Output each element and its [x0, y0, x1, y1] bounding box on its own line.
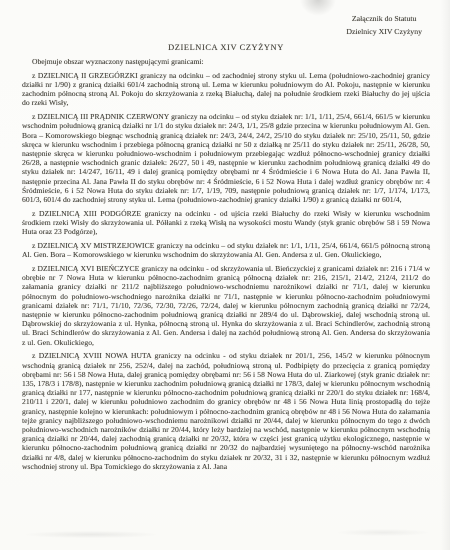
scan-artifact-right-edge [441, 0, 450, 550]
intro-sentence: Obejmuje obszar wyznaczony następującymi… [22, 57, 430, 66]
boundary-paragraph-podgorze: z DZIELNICĄ XIII PODGÓRZE graniczy na od… [22, 209, 430, 237]
annotation-line-2: Dzielnicy XIV Czyżyny [346, 25, 422, 38]
scan-artifact-bottom-left [26, 531, 156, 538]
boundary-paragraph-pradnik-czerwony: z DZIELNICĄ III PRĄDNIK CZERWONY granicz… [22, 112, 430, 204]
attachment-annotation: Załącznik do Statutu Dzielnicy XIV Czyży… [346, 12, 422, 38]
annotation-line-1: Załącznik do Statutu [346, 12, 422, 25]
scan-artifact-bottom-right [338, 529, 428, 536]
scan-artifact-top [300, 0, 336, 16]
scanned-statute-page: Załącznik do Statutu Dzielnicy XIV Czyży… [0, 0, 450, 550]
boundary-paragraph-bienczyce: z DZIELNICĄ XVI BIEŃCZYCE graniczy na od… [22, 264, 430, 347]
boundary-paragraph-nowa-huta: z DZIELNICĄ XVIII NOWA HUTA graniczy na … [22, 351, 430, 471]
document-title: DZIELNICA XIV CZYŻYNY [22, 42, 430, 53]
boundary-paragraph-mistrzejowice: z DZIELNICĄ XV MISTRZEJOWICE graniczy na… [22, 241, 430, 259]
boundary-paragraph-grzegorzki: z DZIELNICĄ II GRZEGÓRZKI graniczy na od… [22, 71, 430, 108]
